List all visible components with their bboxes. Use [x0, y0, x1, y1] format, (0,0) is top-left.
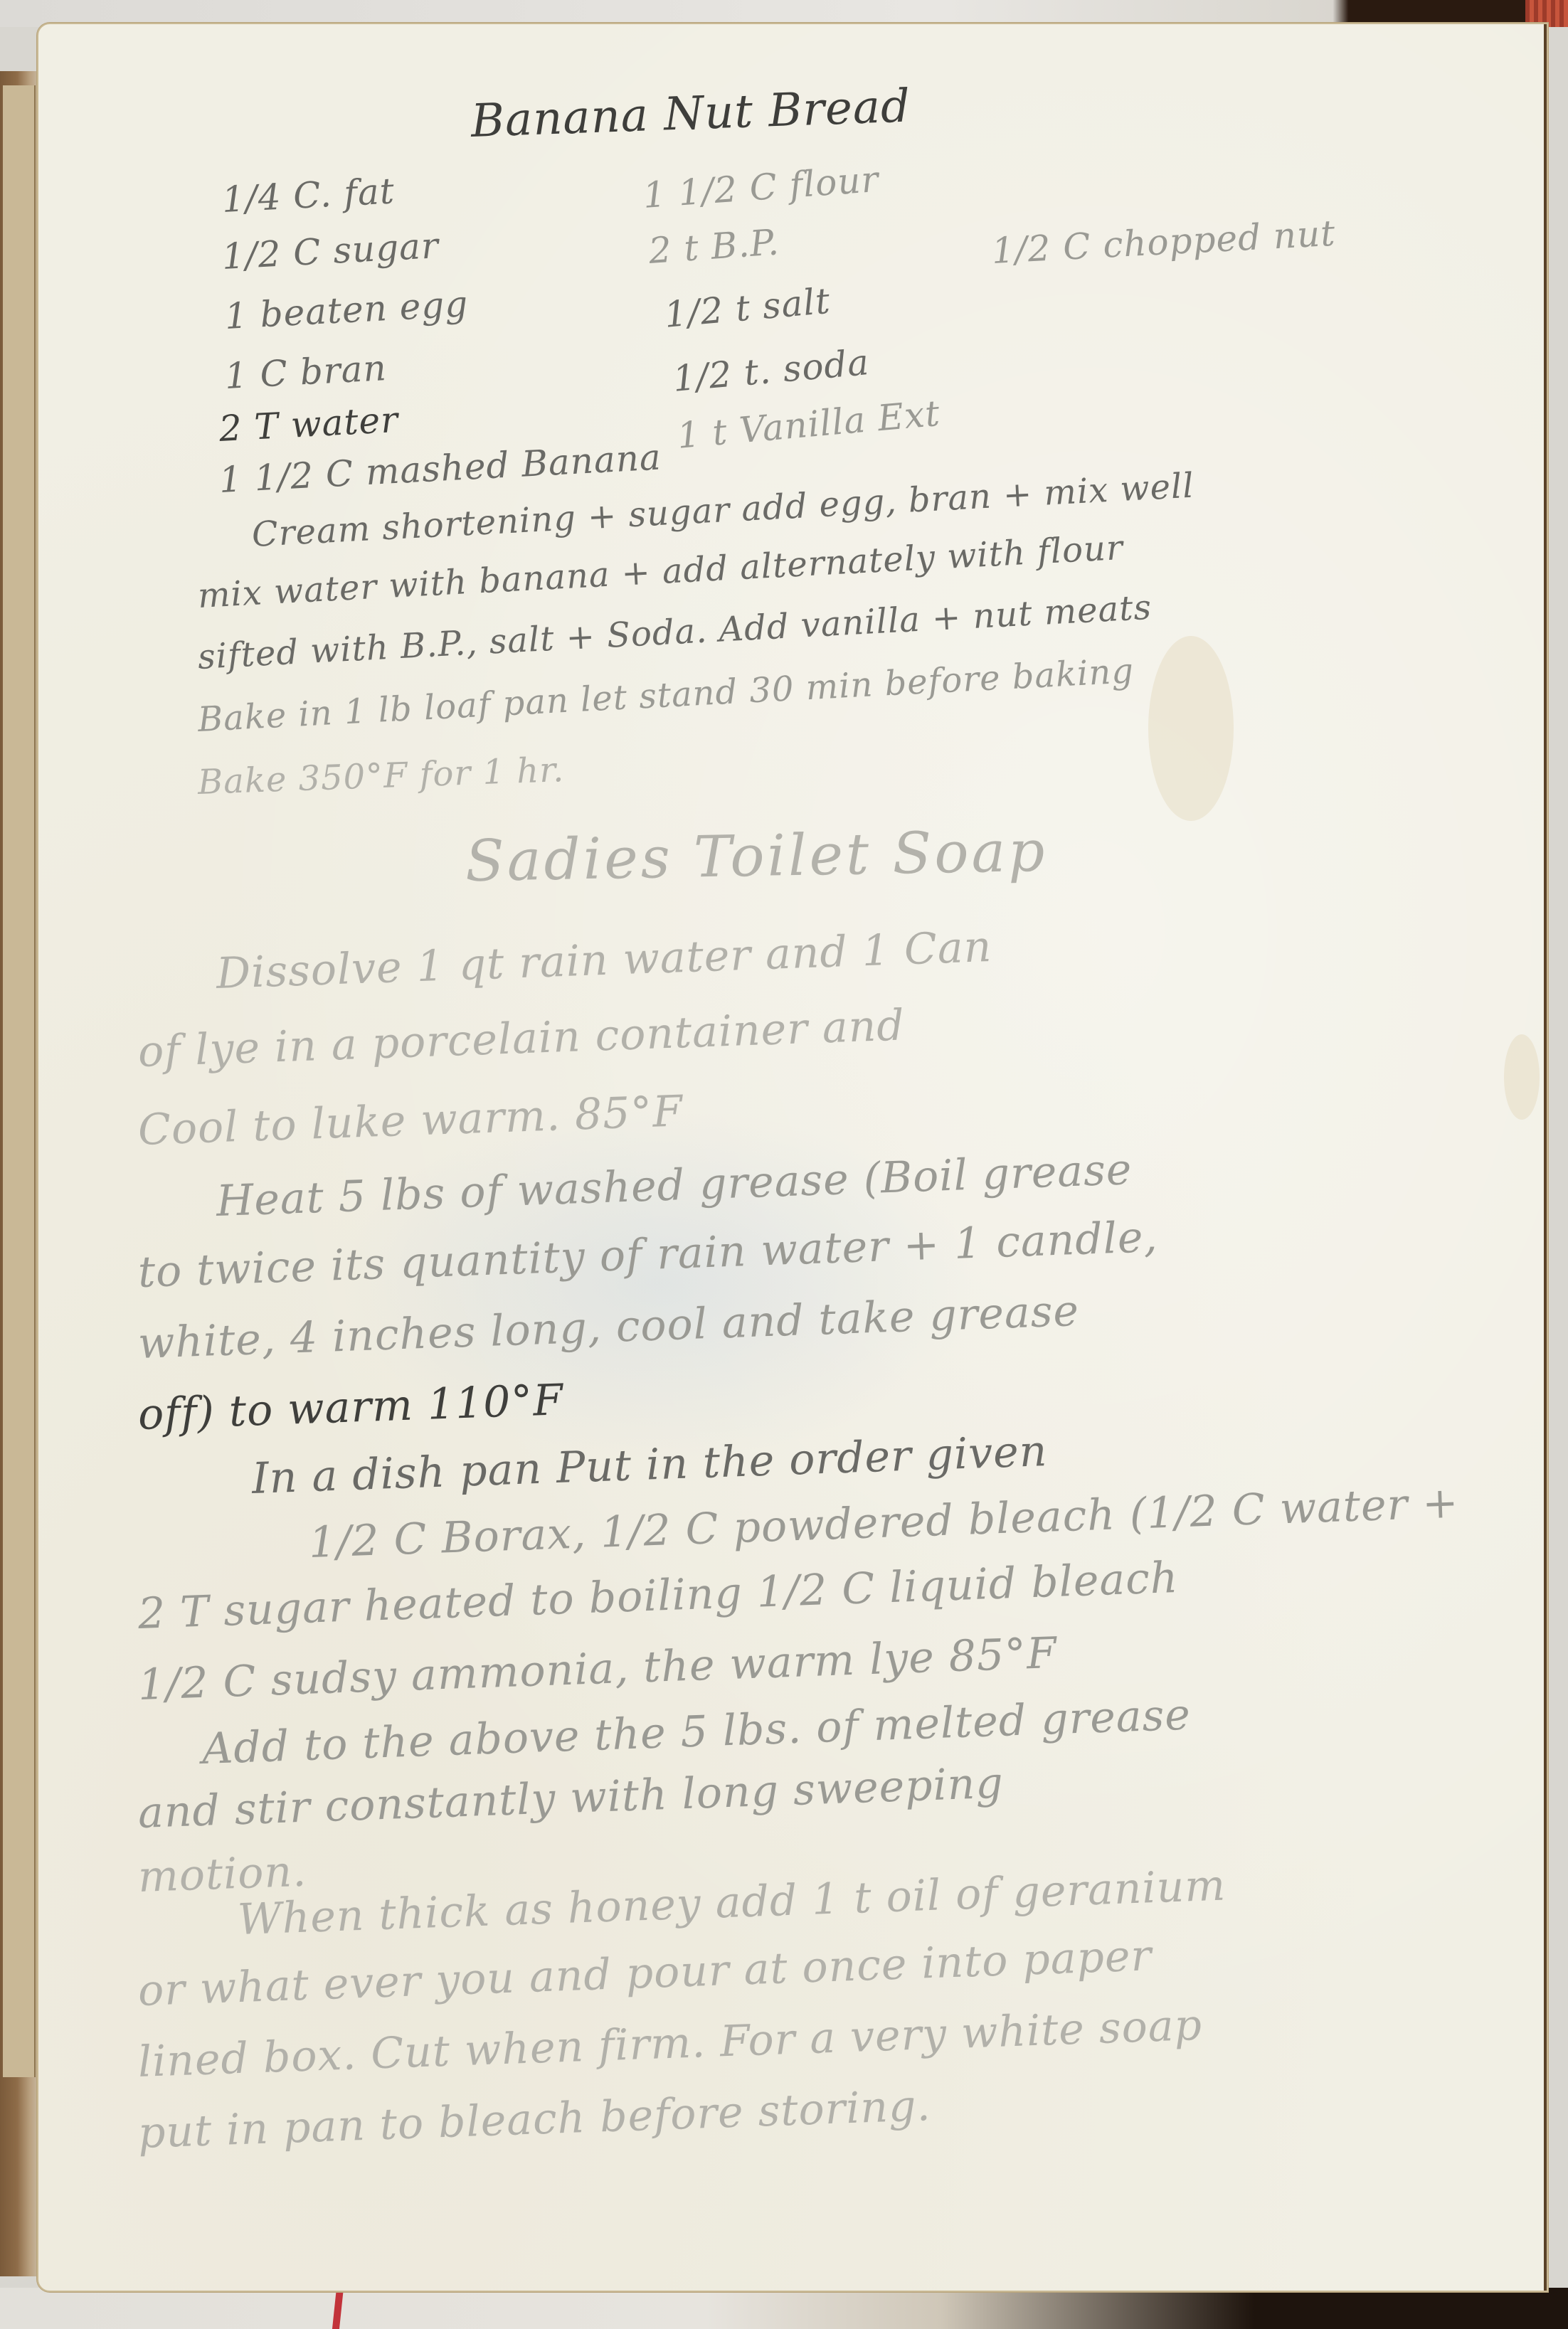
ingredient: 1/2 C chopped nut [990, 213, 1336, 272]
recipe-title: Banana Nut Bread [470, 80, 911, 148]
ingredient: 1 1/2 C flour [642, 159, 880, 216]
background-bottom [0, 2288, 1568, 2329]
ingredient: 1/2 t salt [662, 280, 832, 336]
instruction-line: 1/2 C sudsy ammonia, the warm lye 85°F [137, 1628, 1058, 1710]
instruction-line: When thick as honey add 1 t oil of geran… [237, 1861, 1227, 1945]
ingredient: 1/2 C sugar [221, 225, 440, 277]
ingredient: 1 C bran [223, 347, 388, 397]
instruction-line: of lye in a porcelain container and [137, 1000, 906, 1077]
ingredient: 2 t B.P. [647, 221, 780, 272]
page-edge [1544, 24, 1547, 2291]
ingredient: 1/4 C. fat [221, 170, 396, 221]
instruction-line: 2 T sugar heated to boiling 1/2 C liquid… [137, 1553, 1180, 1639]
background-page-tab [3, 85, 36, 2077]
instruction-line: put in pan to bleach before storing. [137, 2081, 932, 2158]
method-line: Bake 350°F for 1 hr. [197, 750, 565, 802]
ingredient: 1/2 t. soda [671, 341, 871, 400]
ingredient: 1 beaten egg [223, 283, 469, 337]
recipe-title: Sadies Toilet Soap [465, 818, 1048, 894]
notebook-page: Banana Nut Bread 1/4 C. fat 1/2 C sugar … [37, 23, 1548, 2292]
paper-stain [1148, 636, 1234, 821]
ingredient: 1 t Vanilla Ext [675, 393, 941, 457]
instruction-line: Dissolve 1 qt rain water and 1 Can [216, 922, 993, 999]
instruction-line: lined box. Cut when firm. For a very whi… [137, 2000, 1203, 2087]
paper-stain [1504, 1034, 1540, 1120]
ingredient: 2 T water [218, 399, 399, 450]
instruction-line: or what ever you and pour at once into p… [137, 1931, 1153, 2016]
